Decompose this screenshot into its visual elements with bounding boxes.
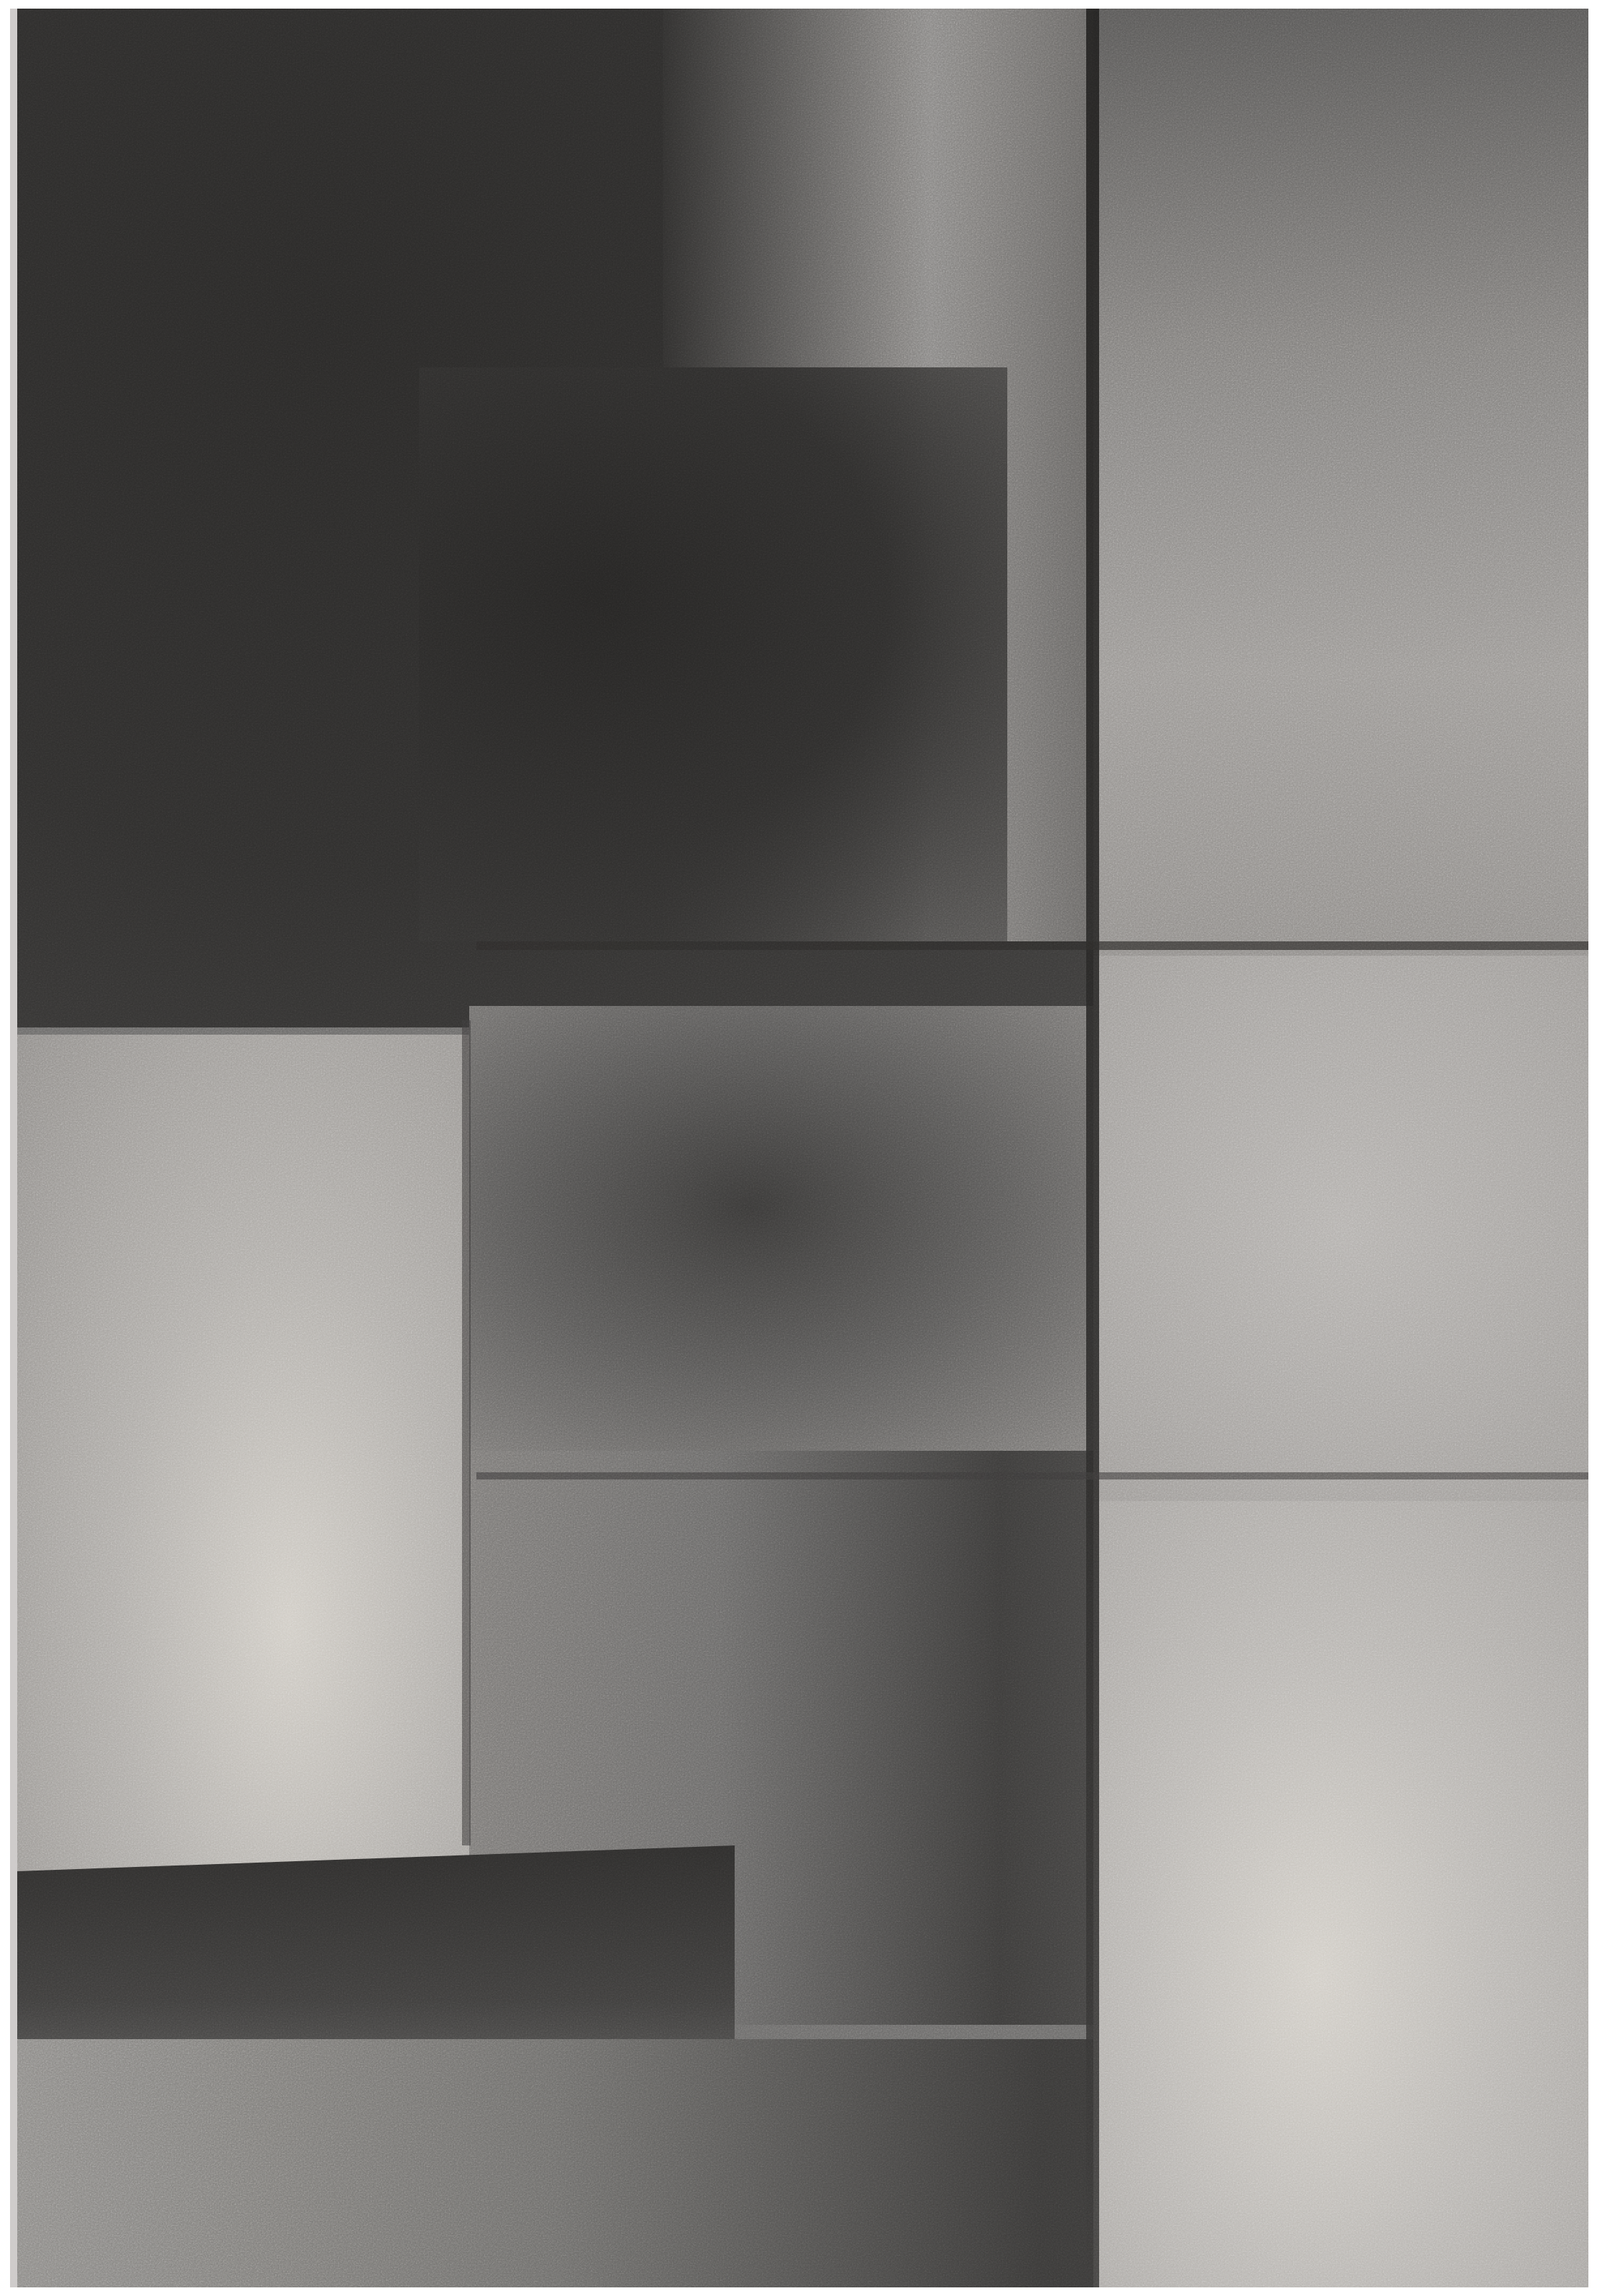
- vertical-seam-line: [1086, 9, 1099, 2287]
- grey-strip-bottom: [17, 2039, 1093, 2287]
- horizontal-seam-2: [476, 1472, 1588, 1479]
- horizontal-seam-1: [476, 941, 1588, 950]
- light-panel-right-middle: [1093, 956, 1588, 1501]
- dark-blotch-center: [469, 1006, 1093, 1451]
- cream-panel-right-bottom: [1093, 1501, 1588, 2287]
- dark-square-inner: [419, 367, 1007, 941]
- vertical-seam-left: [462, 1020, 471, 1845]
- rug: [17, 9, 1588, 2287]
- right-column-top: [1093, 9, 1588, 956]
- light-panel-left-middle: [17, 1035, 469, 1874]
